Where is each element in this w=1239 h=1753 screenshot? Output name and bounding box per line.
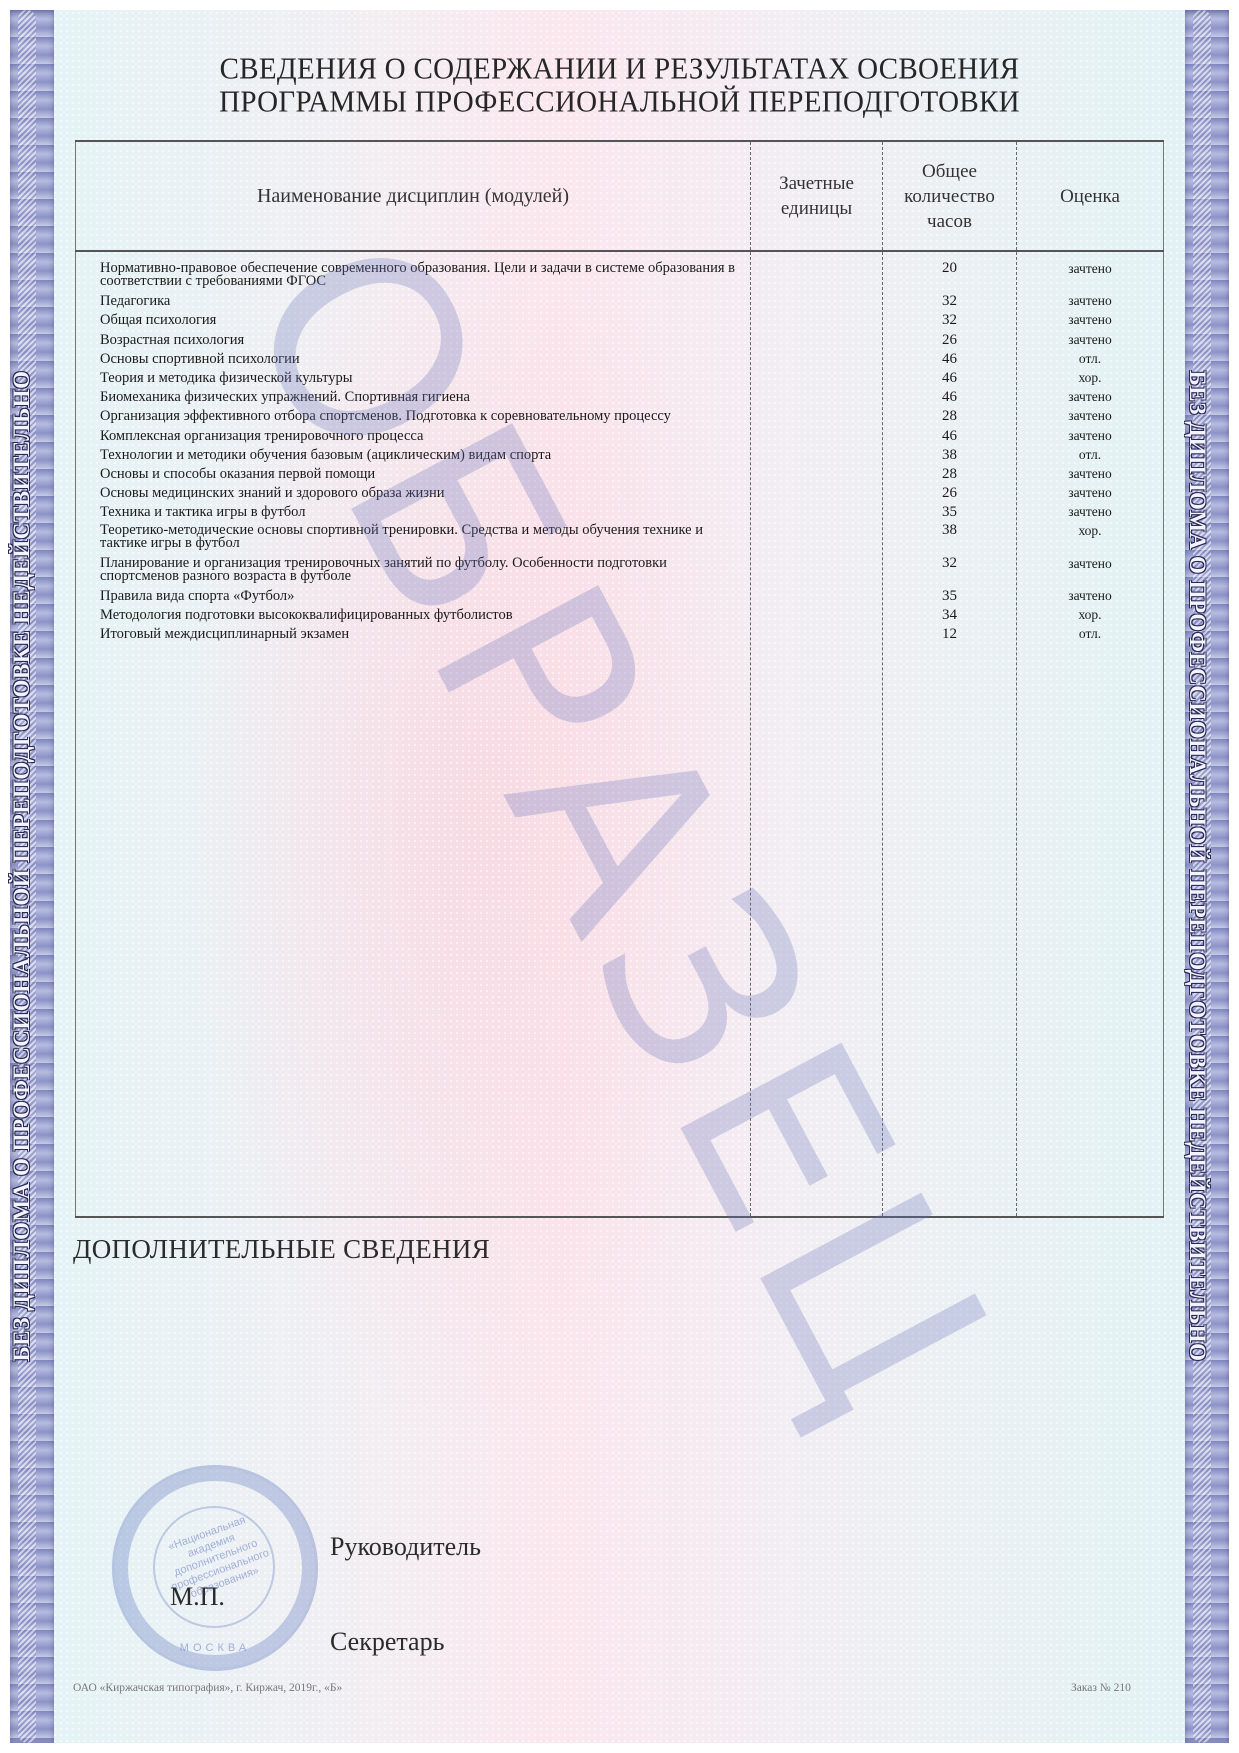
table-cell-units: [752, 589, 881, 603]
hours-column: 203232264646462846382826353832353412: [883, 251, 1017, 1217]
table-cell-grade: зачтено: [1018, 557, 1162, 584]
table-cell-grade: отл.: [1018, 352, 1162, 366]
header-grade: Оценка: [1017, 141, 1164, 251]
table-cell-hours: 38: [884, 448, 1015, 462]
table-cell-hours: 32: [884, 557, 1015, 584]
table-cell-name: Технологии и методики обучения базовым (…: [77, 448, 749, 462]
secretary-signature-label: Секретарь: [330, 1627, 444, 1657]
table-cell-units: [752, 313, 881, 327]
table-cell-hours: 46: [884, 390, 1015, 404]
seal-placeholder-label: М.П.: [170, 1582, 225, 1612]
grades-column: зачтенозачтенозачтенозачтеноотл.хор.зачт…: [1017, 251, 1164, 1217]
table-cell-units: [752, 371, 881, 385]
table-cell-units: [752, 409, 881, 423]
header-credit-units: Зачетные единицы: [751, 141, 883, 251]
table-cell-hours: 38: [884, 524, 1015, 551]
credit-units-column: [751, 251, 883, 1217]
title-line-1: СВЕДЕНИЯ О СОДЕРЖАНИИ И РЕЗУЛЬТАТАХ ОСВО…: [0, 52, 1239, 87]
table-cell-name: Нормативно-правовое обеспечение современ…: [77, 262, 749, 289]
table-cell-hours: 46: [884, 429, 1015, 443]
table-cell-hours: 46: [884, 352, 1015, 366]
seal-city: МОСКВА: [115, 1642, 315, 1654]
table-cell-name: Организация эффективного отбора спортсме…: [77, 409, 749, 423]
table-cell-name: Основы спортивной психологии: [77, 352, 749, 366]
table-cell-name: Правила вида спорта «Футбол»: [77, 589, 749, 603]
header-units-line-1: Зачетные: [752, 171, 881, 196]
table-cell-units: [752, 505, 881, 519]
table-cell-grade: зачтено: [1018, 294, 1162, 308]
table-cell-name: Теоретико-методические основы спортивной…: [77, 524, 749, 551]
table-cell-units: [752, 262, 881, 289]
table-cell-hours: 26: [884, 333, 1015, 347]
table-cell-hours: 32: [884, 313, 1015, 327]
header-hours-line-1: Общее: [884, 159, 1015, 184]
table-cell-units: [752, 557, 881, 584]
table-cell-units: [752, 294, 881, 308]
table-cell-units: [752, 429, 881, 443]
table-cell-units: [752, 467, 881, 481]
table-cell-units: [752, 390, 881, 404]
table-cell-grade: хор.: [1018, 608, 1162, 622]
table-cell-units: [752, 448, 881, 462]
table-cell-grade: зачтено: [1018, 409, 1162, 423]
table-cell-grade: зачтено: [1018, 262, 1162, 289]
table-cell-name: Техника и тактика игры в футбол: [77, 505, 749, 519]
title-line-2: ПРОГРАММЫ ПРОФЕССИОНАЛЬНОЙ ПЕРЕПОДГОТОВК…: [0, 85, 1239, 120]
right-side-security-text: БЕЗ ДИПЛОМА О ПРОФЕССИОНАЛЬНОЙ ПЕРЕПОДГО…: [1184, 371, 1210, 1362]
table-cell-hours: 46: [884, 371, 1015, 385]
table-cell-name: Возрастная психология: [77, 333, 749, 347]
table-cell-hours: 20: [884, 262, 1015, 289]
header-units-line-2: единицы: [752, 196, 881, 221]
table-cell-grade: зачтено: [1018, 589, 1162, 603]
table-body: Нормативно-правовое обеспечение современ…: [76, 251, 1164, 1217]
table-cell-grade: зачтено: [1018, 333, 1162, 347]
discipline-names-column: Нормативно-правовое обеспечение современ…: [76, 251, 751, 1217]
table-cell-hours: 28: [884, 467, 1015, 481]
disciplines-table: Наименование дисциплин (модулей) Зачетны…: [75, 140, 1164, 1218]
table-cell-name: Теория и методика физической культуры: [77, 371, 749, 385]
table-cell-hours: 35: [884, 505, 1015, 519]
header-total-hours: Общее количество часов: [883, 141, 1017, 251]
head-signature-label: Руководитель: [330, 1532, 481, 1562]
table-cell-units: [752, 333, 881, 347]
printer-imprint: ОАО «Киржачская типография», г. Киржач, …: [73, 1682, 342, 1694]
table-cell-grade: зачтено: [1018, 429, 1162, 443]
table-cell-grade: хор.: [1018, 524, 1162, 551]
table-cell-grade: зачтено: [1018, 390, 1162, 404]
table-cell-grade: зачтено: [1018, 313, 1162, 327]
table-cell-units: [752, 486, 881, 500]
table-cell-name: Основы медицинских знаний и здорового об…: [77, 486, 749, 500]
table-cell-grade: зачтено: [1018, 505, 1162, 519]
header-hours-line-2: количество: [884, 184, 1015, 209]
table-cell-name: Методология подготовки высококвалифициро…: [77, 608, 749, 622]
table-cell-grade: отл.: [1018, 448, 1162, 462]
table-cell-name: Биомеханика физических упражнений. Спорт…: [77, 390, 749, 404]
order-number: Заказ № 210: [1071, 1682, 1131, 1694]
table-cell-units: [752, 608, 881, 622]
official-seal-stamp: «Национальная академия дополнительного п…: [112, 1465, 318, 1671]
table-cell-hours: 26: [884, 486, 1015, 500]
table-cell-grade: зачтено: [1018, 486, 1162, 500]
table-cell-name: Итоговый междисциплинарный экзамен: [77, 627, 749, 641]
table-cell-units: [752, 524, 881, 551]
table-cell-name: Основы и способы оказания первой помощи: [77, 467, 749, 481]
additional-info-heading: ДОПОЛНИТЕЛЬНЫЕ СВЕДЕНИЯ: [73, 1234, 490, 1265]
table-cell-hours: 12: [884, 627, 1015, 641]
table-cell-hours: 34: [884, 608, 1015, 622]
left-side-security-text: БЕЗ ДИПЛОМА О ПРОФЕССИОНАЛЬНОЙ ПЕРЕПОДГО…: [9, 371, 35, 1362]
table-cell-hours: 28: [884, 409, 1015, 423]
table-cell-grade: отл.: [1018, 627, 1162, 641]
table-cell-hours: 35: [884, 589, 1015, 603]
table-cell-name: Педагогика: [77, 294, 749, 308]
header-hours-line-3: часов: [884, 209, 1015, 234]
table-header-row: Наименование дисциплин (модулей) Зачетны…: [76, 141, 1164, 251]
page-title: СВЕДЕНИЯ О СОДЕРЖАНИИ И РЕЗУЛЬТАТАХ ОСВО…: [0, 53, 1239, 119]
table-cell-name: Комплексная организация тренировочного п…: [77, 429, 749, 443]
table-cell-name: Общая психология: [77, 313, 749, 327]
table-cell-units: [752, 352, 881, 366]
header-discipline-name: Наименование дисциплин (модулей): [76, 141, 751, 251]
table-cell-units: [752, 627, 881, 641]
table-cell-name: Планирование и организация тренировочных…: [77, 557, 749, 584]
table-cell-grade: хор.: [1018, 371, 1162, 385]
table-cell-hours: 32: [884, 294, 1015, 308]
table-cell-grade: зачтено: [1018, 467, 1162, 481]
